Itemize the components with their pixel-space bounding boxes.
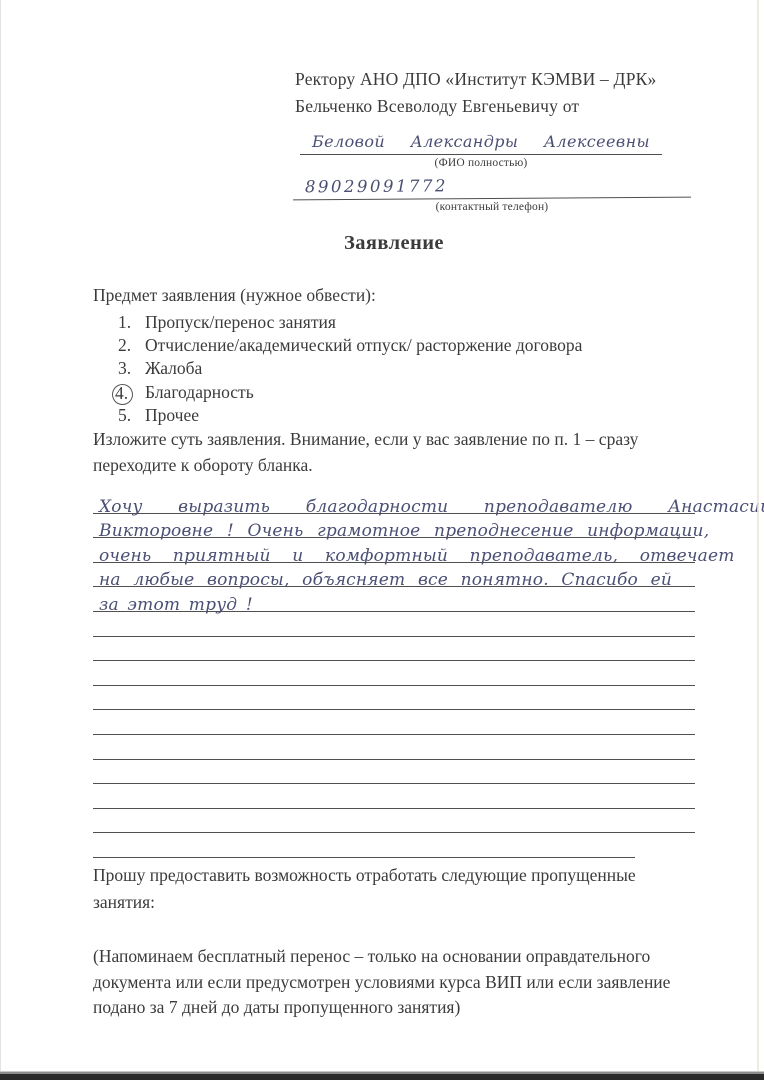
scan-right-page-edge <box>757 0 759 1080</box>
blank-ruled-line <box>93 735 695 760</box>
option-5-number: 5. <box>118 404 145 427</box>
request-line1: Прошу предоставить возможность отработат… <box>93 862 703 889</box>
blank-ruled-line <box>93 760 695 785</box>
blank-ruled-line <box>93 809 695 834</box>
footnote-line1: (Напоминаем бесплатный перенос – только … <box>93 944 713 970</box>
option-3-number: 3. <box>118 357 145 380</box>
subject-option-4-circled: 4. Благодарность <box>118 381 582 404</box>
blank-ruled-line-short <box>93 833 635 858</box>
name-field: Беловой Александры Алексеевны (ФИО полно… <box>300 128 662 169</box>
footnote-line3: подано за 7 дней до даты пропущенного за… <box>93 995 713 1021</box>
subject-option-1: 1. Пропуск/перенос занятия <box>118 311 582 334</box>
subject-option-2: 2. Отчисление/академический отпуск/ раст… <box>118 334 582 357</box>
statement-line: очень приятный и комфортный преподавател… <box>93 538 695 563</box>
subject-option-3: 3. Жалоба <box>118 357 582 380</box>
addressee-line2: Бельченко Всеволоду Евгеньевичу от <box>295 93 656 120</box>
name-field-caption: (ФИО полностью) <box>300 157 662 169</box>
scan-bottom-edge <box>0 1071 764 1080</box>
statement-line: Хочу выразить благодарности преподавател… <box>93 489 695 514</box>
request-paragraph: Прошу предоставить возможность отработат… <box>93 862 703 916</box>
blank-ruled-line <box>93 637 695 662</box>
option-2-label: Отчисление/академический отпуск/ расторж… <box>145 334 582 357</box>
name-handwritten-value: Беловой Александры Алексеевны <box>300 128 662 155</box>
option-5-label: Прочее <box>145 404 199 427</box>
blank-ruled-line <box>93 784 695 809</box>
instruction-paragraph: Изложите суть заявления. Внимание, если … <box>93 427 638 478</box>
subject-label: Предмет заявления (нужное обвести): <box>93 285 376 306</box>
phone-field: 89029091772 (контактный телефон) <box>293 172 691 213</box>
blank-ruled-line <box>93 612 695 637</box>
option-3-label: Жалоба <box>145 357 202 380</box>
blank-ruled-line <box>93 686 695 711</box>
instruction-line2: переходите к обороту бланка. <box>93 453 638 479</box>
phone-field-caption: (контактный телефон) <box>293 201 691 213</box>
addressee-line1: Ректору АНО ДПО «Институт КЭМВИ – ДРК» <box>295 66 656 93</box>
option-1-number: 1. <box>118 311 145 334</box>
statement-line: Викторовне ! Очень грамотное преподнесен… <box>93 514 695 539</box>
option-2-number: 2. <box>118 334 145 357</box>
option-4-number: 4. <box>118 381 145 404</box>
blank-ruled-line <box>93 710 695 735</box>
scanned-application-form: Ректору АНО ДПО «Институт КЭМВИ – ДРК» Б… <box>0 0 764 1080</box>
phone-handwritten-value: 89029091772 <box>293 171 691 201</box>
blank-ruled-line <box>93 661 695 686</box>
document-title: Заявление <box>93 232 695 255</box>
addressee-block: Ректору АНО ДПО «Институт КЭМВИ – ДРК» Б… <box>295 66 656 120</box>
subject-options-list: 1. Пропуск/перенос занятия 2. Отчисление… <box>118 311 582 427</box>
footnote-line2: документа или если предусмотрен условиям… <box>93 970 713 996</box>
statement-line: на любые вопросы, объясняет все понятно.… <box>93 563 695 588</box>
subject-option-5: 5. Прочее <box>118 404 582 427</box>
option-1-label: Пропуск/перенос занятия <box>145 311 336 334</box>
footnote-paragraph: (Напоминаем бесплатный перенос – только … <box>93 944 713 1021</box>
instruction-line1: Изложите суть заявления. Внимание, если … <box>93 427 638 453</box>
request-line2: занятия: <box>93 889 703 916</box>
statement-line: за этот труд ! <box>93 587 695 612</box>
statement-ruled-area: Хочу выразить благодарности преподавател… <box>93 489 695 858</box>
option-4-label: Благодарность <box>145 381 254 404</box>
scan-left-edge <box>0 0 1 1080</box>
pen-circle-mark: 4. <box>112 384 133 405</box>
